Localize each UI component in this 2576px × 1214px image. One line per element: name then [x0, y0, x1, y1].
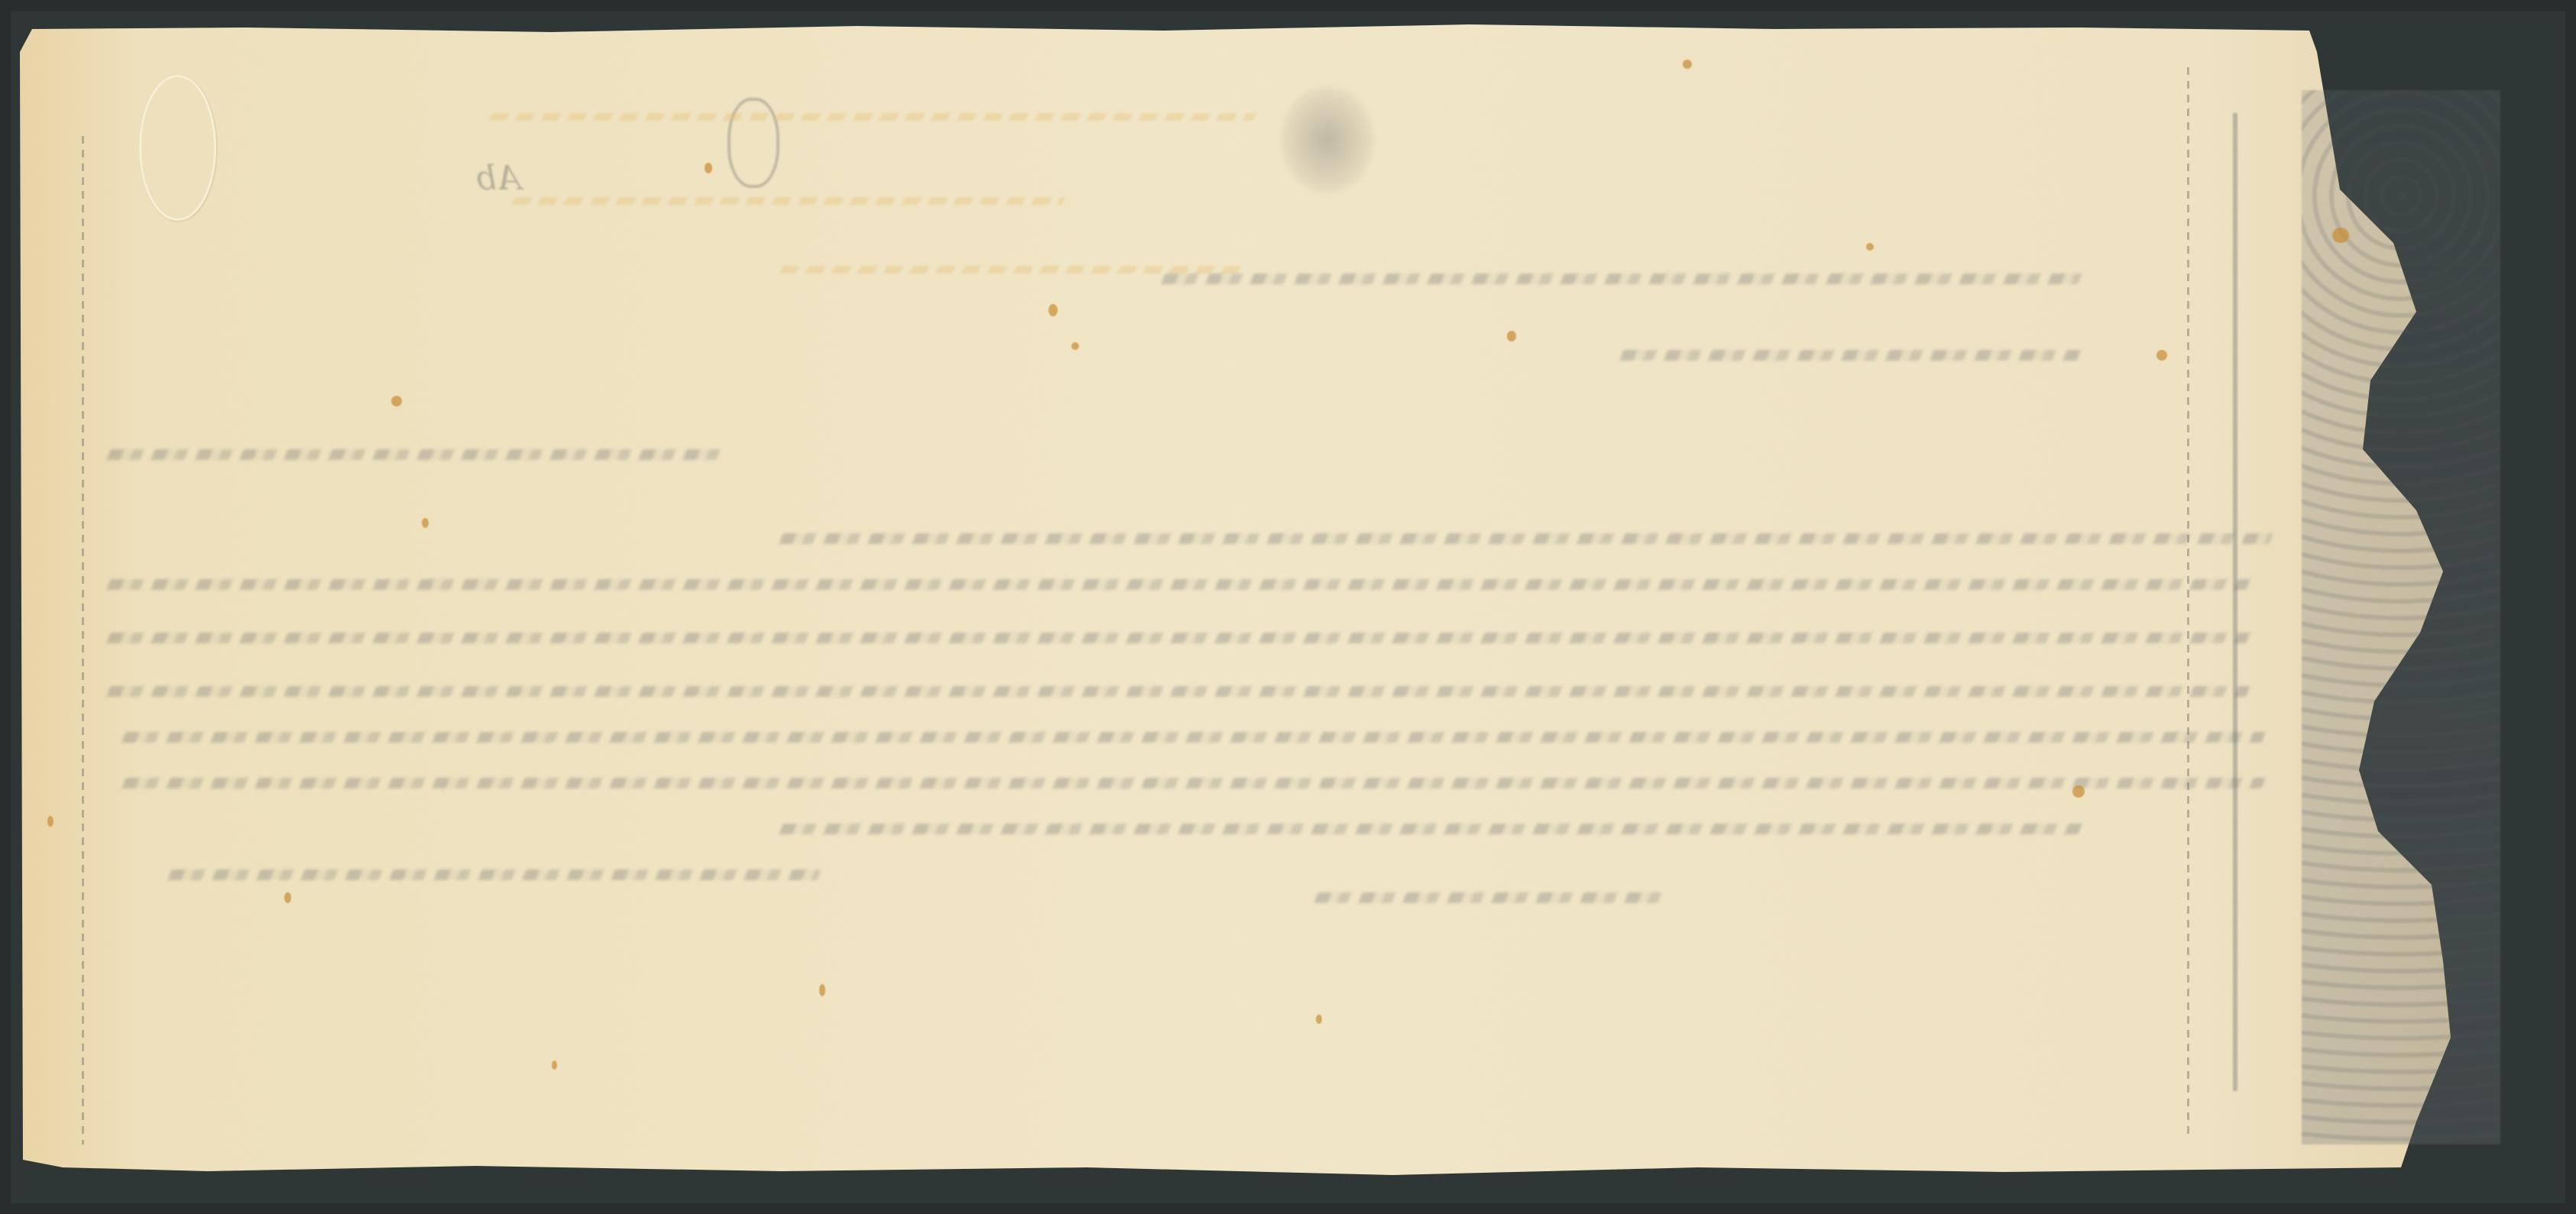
foxing-spot — [1683, 60, 1692, 69]
foxing-spot — [47, 816, 53, 827]
bleed-script-line — [106, 686, 2250, 697]
foxing-spot — [1071, 342, 1079, 350]
bleed-script-line — [1161, 274, 2082, 284]
mirrored-number-marker: Ab — [475, 159, 521, 198]
right-margin-rule — [2187, 67, 2189, 1137]
foxing-spot — [422, 518, 429, 528]
foxing-spot — [1316, 1015, 1322, 1024]
bleed-script-line — [106, 633, 2250, 643]
bleed-script-line — [779, 533, 2273, 544]
bleed-script-line — [1619, 350, 2082, 361]
border-vertical-text — [2233, 113, 2237, 1091]
bleed-script-line — [122, 732, 2265, 743]
foxing-spot — [1507, 331, 1516, 342]
foxing-spot — [2072, 785, 2085, 798]
left-margin-rule — [82, 136, 84, 1144]
bleed-script-line — [779, 824, 2082, 834]
foxing-spot — [2332, 228, 2349, 243]
foxing-spot — [391, 396, 402, 406]
foxing-spot — [1048, 304, 1058, 316]
bleed-script-line — [122, 778, 2265, 788]
foxing-spot — [552, 1060, 557, 1070]
bleed-through-monogram — [727, 98, 779, 188]
paper-sheet: Ab — [17, 21, 2531, 1190]
foxing-spot — [819, 984, 825, 996]
engraved-border-panel — [2302, 90, 2500, 1144]
bleed-script-line — [106, 579, 2250, 590]
foxing-spot — [284, 892, 291, 903]
paper-shape — [17, 21, 2531, 1190]
foxing-spot — [2156, 350, 2167, 361]
bleed-script-line — [106, 449, 721, 460]
faded-ink-line — [512, 197, 1066, 205]
foxing-spot — [1866, 243, 1874, 251]
faded-ink-line — [489, 113, 1257, 121]
bleed-script-line — [1314, 892, 1661, 903]
bleed-through-crest — [1278, 83, 1377, 197]
foxing-spot — [705, 163, 712, 173]
embossed-seal — [139, 75, 216, 221]
bleed-script-line — [167, 869, 821, 880]
faded-ink-line — [779, 266, 1242, 274]
